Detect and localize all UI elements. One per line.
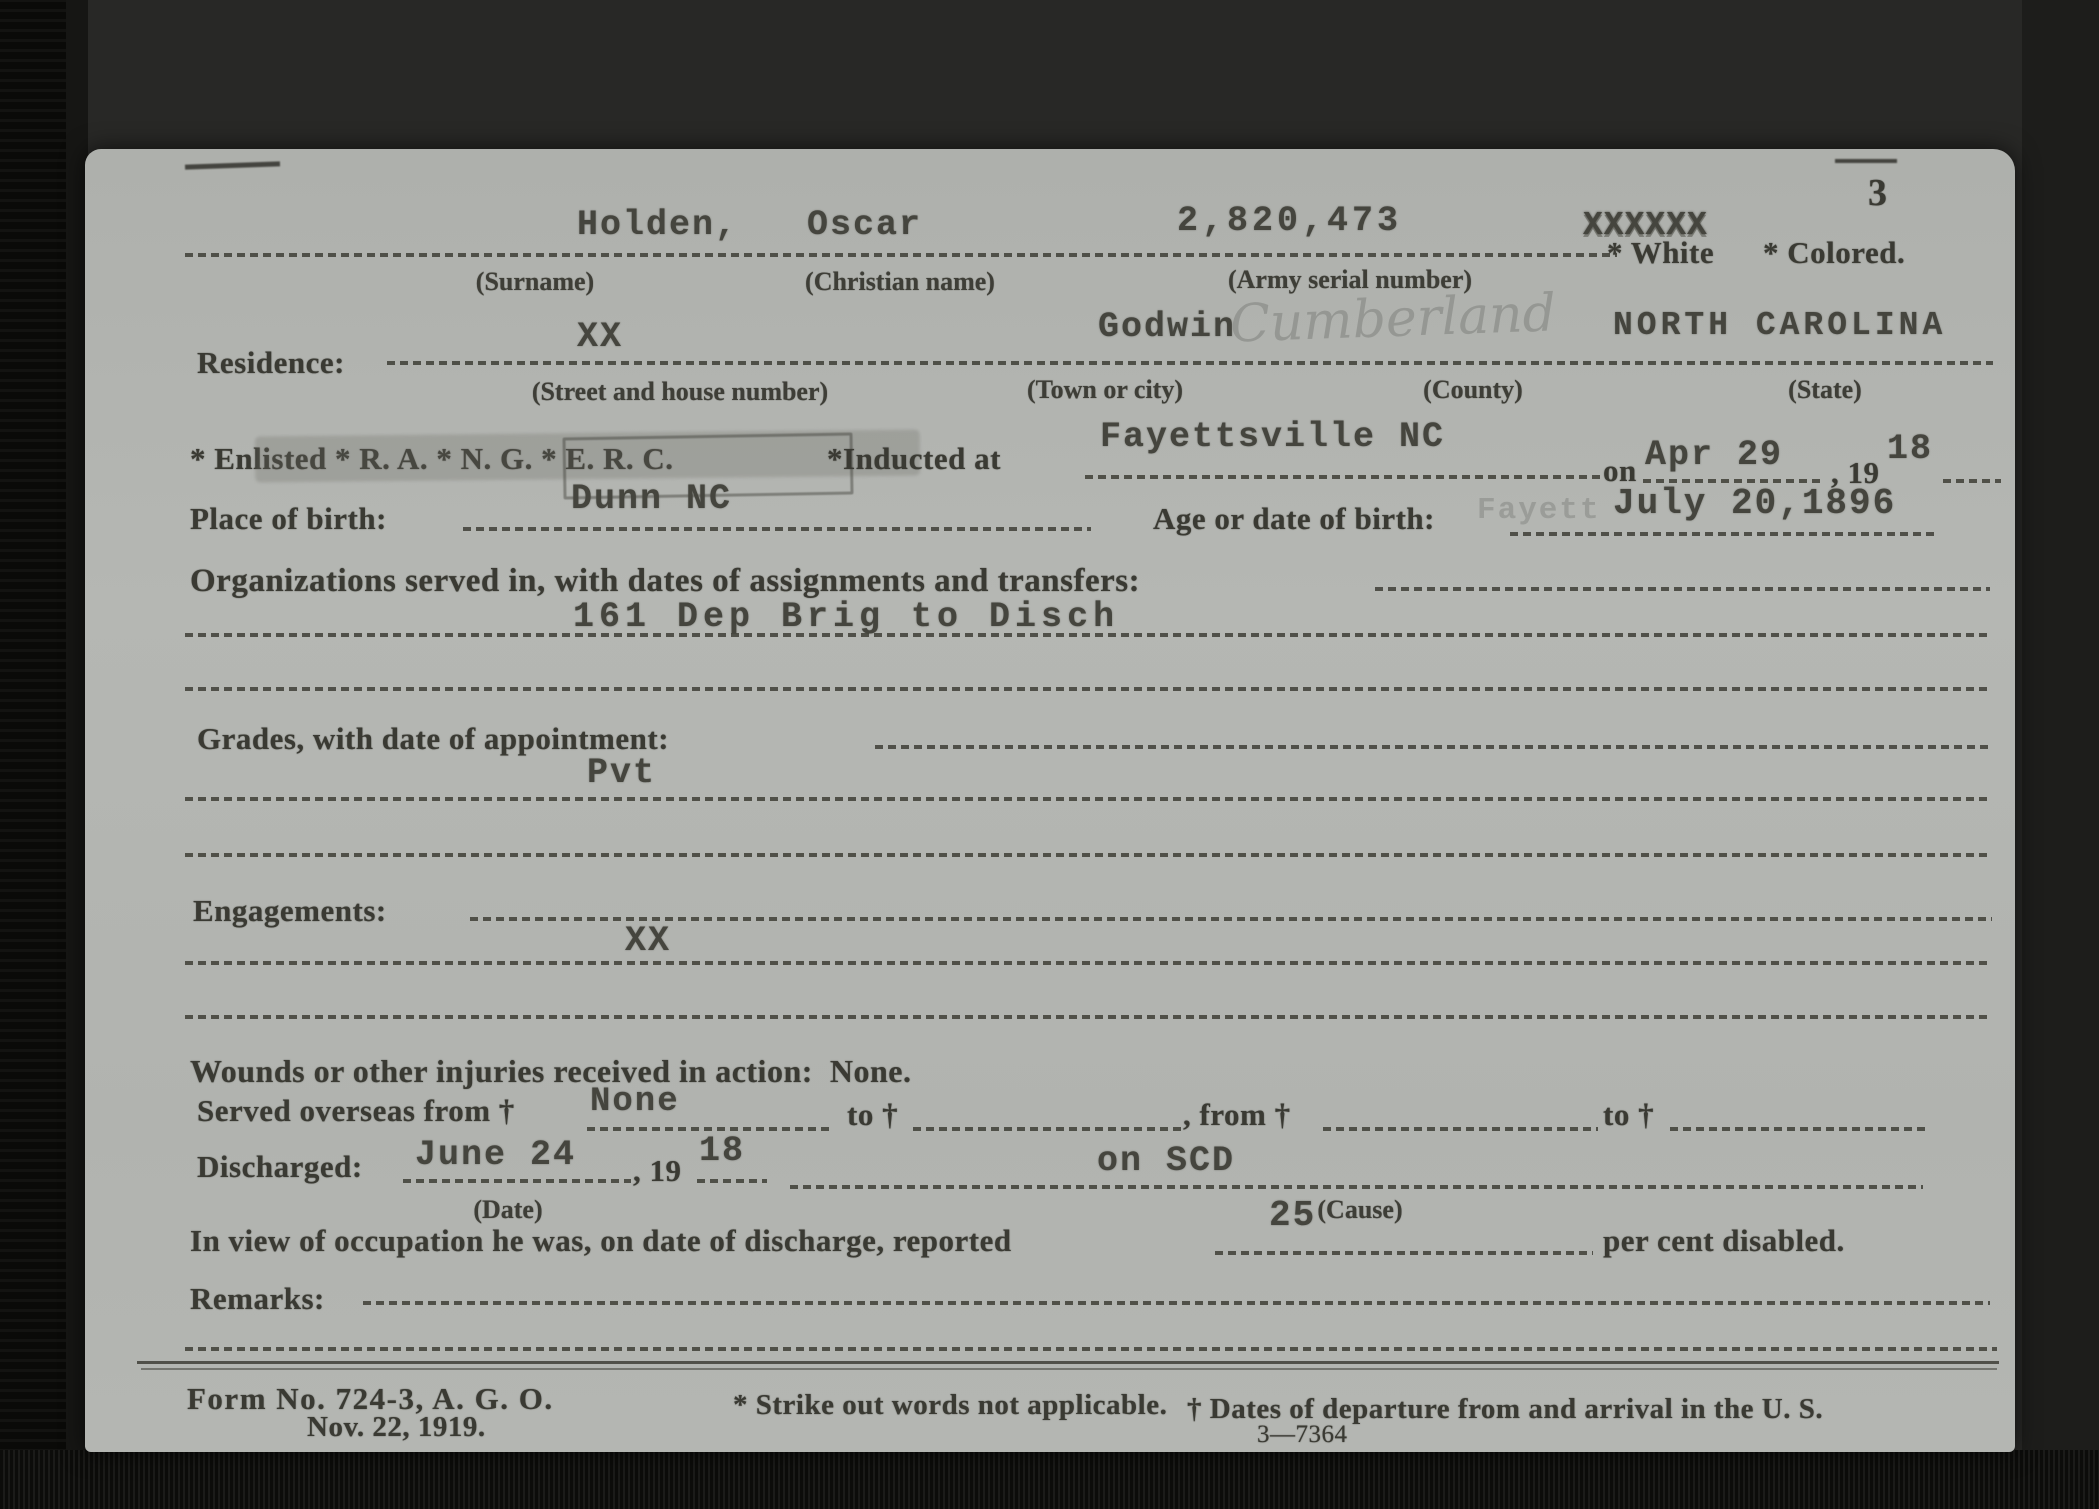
engagements-rule-1 [185,961,1992,965]
town-caption: (Town or city) [970,375,1240,405]
overseas-rule-2 [913,1127,1181,1131]
induction-year-rule [1943,479,2001,483]
inducted-rule [1085,475,1600,479]
discharge-date-rule [403,1179,631,1183]
name-rule [185,253,1617,257]
grades-label: Grades, with date of appointment: [197,721,669,757]
overseas-rule-4 [1670,1127,1925,1131]
residence-label: Residence: [197,345,345,381]
discharge-cause-value: on SCD [1097,1141,1235,1181]
footer-divider-top [137,1361,1999,1364]
grades-rule-1 [185,797,1992,801]
erased-ghost-text: Fayett [1477,493,1601,528]
christian-caption: (Christian name) [775,267,1025,297]
remarks-rule-1 [363,1301,1990,1305]
organizations-value: 161 Dep Brig to Disch [573,597,1119,637]
remarks-label: Remarks: [190,1281,325,1317]
cause-caption: (Cause) [1305,1195,1415,1225]
pencil-scribble [185,161,280,169]
grades-value: Pvt [587,753,656,793]
scanned-page: Holden, Oscar 2,820,473 XXXXXX * White *… [0,0,2099,1509]
county-caption: (County) [1343,375,1603,405]
induction-date-value: Apr 29 [1645,435,1783,475]
discharge-year-rule [697,1179,767,1183]
wounds-label: Wounds or other injuries received in act… [190,1053,912,1090]
service-record-card: Holden, Oscar 2,820,473 XXXXXX * White *… [85,149,2015,1452]
town-value: Godwin [1098,307,1236,347]
induction-year-value: 18 [1887,429,1933,469]
page-number: 3 [1868,171,1888,215]
form-date: Nov. 22, 1919. [307,1411,486,1444]
scan-left-edge [0,0,66,1509]
birth-label: Place of birth: [190,501,387,537]
street-value: XX [577,317,623,357]
organizations-rule-0 [1375,587,1990,591]
discharge-date-value: June 24 [415,1135,576,1175]
surname-caption: (Surname) [415,267,655,297]
engagements-label: Engagements: [193,893,387,929]
pencil-dash [1835,159,1897,163]
birth-value: Dunn NC [571,479,732,519]
birth-rule [463,527,1091,531]
engagements-rule-2 [185,1015,1992,1019]
county-handwriting: Cumberland [1229,283,1557,354]
overseas-to-label: to † [847,1097,898,1133]
discharge-year-label: , 19 [633,1153,682,1189]
engagements-rule-0 [470,917,1992,921]
age-rule [1510,532,1935,536]
inducted-value: Fayettsville NC [1100,417,1445,457]
footer-divider-bottom [141,1368,1997,1370]
strike-note: * Strike out words not applicable. [733,1389,1167,1422]
state-caption: (State) [1695,375,1955,405]
name-value: Holden, Oscar [577,205,922,245]
disability-label: In view of occupation he was, on date of… [190,1223,1012,1259]
organizations-label: Organizations served in, with dates of a… [190,563,1140,600]
overseas-label: Served overseas from † [197,1093,515,1129]
inducted-label: *Inducted at [827,441,1001,477]
overseas-rule-3 [1323,1127,1598,1131]
state-value: NORTH CAROLINA [1613,307,1946,344]
street-caption: (Street and house number) [480,377,880,407]
scan-bottom-edge [0,1450,2099,1509]
white-label: * White [1607,235,1714,271]
organizations-rule-1 [185,633,1992,637]
remarks-rule-2 [185,1347,1997,1351]
discharged-label: Discharged: [197,1149,363,1185]
discharge-year-value: 18 [699,1131,745,1171]
colored-label: * Colored. [1763,235,1905,271]
date-caption: (Date) [453,1195,563,1225]
disability-suffix: per cent disabled. [1603,1223,1845,1259]
scan-right-edge [2022,0,2099,1509]
overseas-from-value: None [590,1083,680,1121]
engagements-value: XX [625,921,671,961]
print-code: 3—7364 [1257,1421,1348,1449]
overseas-to2-label: to † [1603,1097,1654,1133]
overseas-from2-label: , from † [1183,1097,1291,1133]
serial-value: 2,820,473 [1177,201,1402,241]
residence-rule [387,361,1993,365]
age-label: Age or date of birth: [1153,501,1435,537]
grades-rule-0 [875,745,1992,749]
organizations-rule-2 [185,687,1992,691]
discharge-cause-rule [790,1185,1923,1189]
disability-rule [1215,1251,1593,1255]
age-value: July 20,1896 [1613,483,1896,524]
grades-rule-2 [185,853,1992,857]
